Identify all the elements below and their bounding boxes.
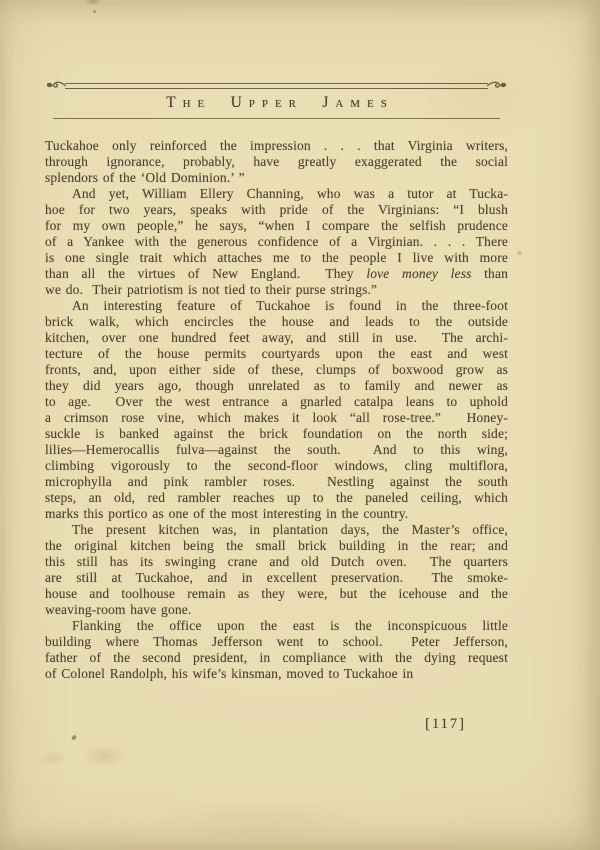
- text-line: are still at Tuckahoe, and in excellent …: [45, 570, 508, 586]
- text-line: kitchen, over one hundred feet away, and…: [45, 330, 508, 346]
- text-line: a crimson rose vine, which makes it look…: [45, 410, 508, 426]
- text-line: is one single trait which attaches me to…: [45, 250, 508, 266]
- paper-stain: [516, 250, 523, 256]
- scroll-flourish-right-icon: [487, 80, 507, 91]
- page-number: [117]: [45, 716, 508, 733]
- book-page: The Upper James Tuckahoe only reinforced…: [0, 0, 600, 850]
- text-line: microphylla and pink rambler roses. Nest…: [45, 474, 508, 490]
- scroll-flourish-left-icon: [46, 80, 66, 91]
- text-line: through ignorance, probably, have greatl…: [45, 154, 508, 170]
- text-line: to age. Over the west entrance a gnarled…: [45, 394, 508, 410]
- text-line: tecture of the house permits courtyards …: [45, 346, 508, 362]
- text-line: Tuckahoe only reinforced the impression …: [45, 138, 508, 154]
- body-text: Tuckahoe only reinforced the impression …: [45, 138, 508, 682]
- text-line: this still has its swinging crane and ol…: [45, 554, 508, 570]
- text-line: An interesting feature of Tuckahoe is fo…: [45, 298, 508, 314]
- text-line: lilies—Hemerocallis fulva—against the so…: [45, 442, 508, 458]
- title-underline: [53, 118, 500, 119]
- text-line: marks this portico as one of the most in…: [45, 506, 508, 522]
- text-line: The present kitchen was, in plantation d…: [45, 522, 508, 538]
- text-line: house and toolhouse remain as they were,…: [45, 586, 508, 602]
- text-line: And yet, William Ellery Channing, who wa…: [45, 186, 508, 202]
- text-line: fronts, and, upon either side of these, …: [45, 362, 508, 378]
- text-line: splendors of the ‘Old Dominion.’ ”: [45, 170, 508, 186]
- text-line: of Colonel Randolph, his wife’s kinsman,…: [45, 666, 508, 682]
- header-double-rule: [65, 83, 488, 89]
- text-line: Flanking the office upon the east is the…: [45, 618, 508, 634]
- text-line: building where Thomas Jefferson went to …: [45, 634, 508, 650]
- text-line: than all the virtues of New England. The…: [45, 266, 508, 282]
- text-line: hoe for two years, speaks with pride of …: [45, 202, 508, 218]
- running-head: The Upper James: [45, 94, 508, 112]
- text-line: for my own people,” he says, “when I com…: [45, 218, 508, 234]
- text-line: weaving-room have gone.: [45, 602, 508, 618]
- page-content: The Upper James Tuckahoe only reinforced…: [45, 0, 508, 850]
- text-line: of a Yankee with the generous confidence…: [45, 234, 508, 250]
- text-line: climbing vigorously to the second-floor …: [45, 458, 508, 474]
- text-line: father of the second president, in compl…: [45, 650, 508, 666]
- text-line: they did years ago, though unrelated as …: [45, 378, 508, 394]
- text-line: steps, an old, red rambler reaches up to…: [45, 490, 508, 506]
- text-line: the original kitchen being the small bri…: [45, 538, 508, 554]
- header-rule-band: [45, 82, 508, 94]
- text-line: we do. Their patriotism is not tied to t…: [45, 282, 508, 298]
- text-line: brick walk, which encircles the house an…: [45, 314, 508, 330]
- text-line: suckle is banked against the brick found…: [45, 426, 508, 442]
